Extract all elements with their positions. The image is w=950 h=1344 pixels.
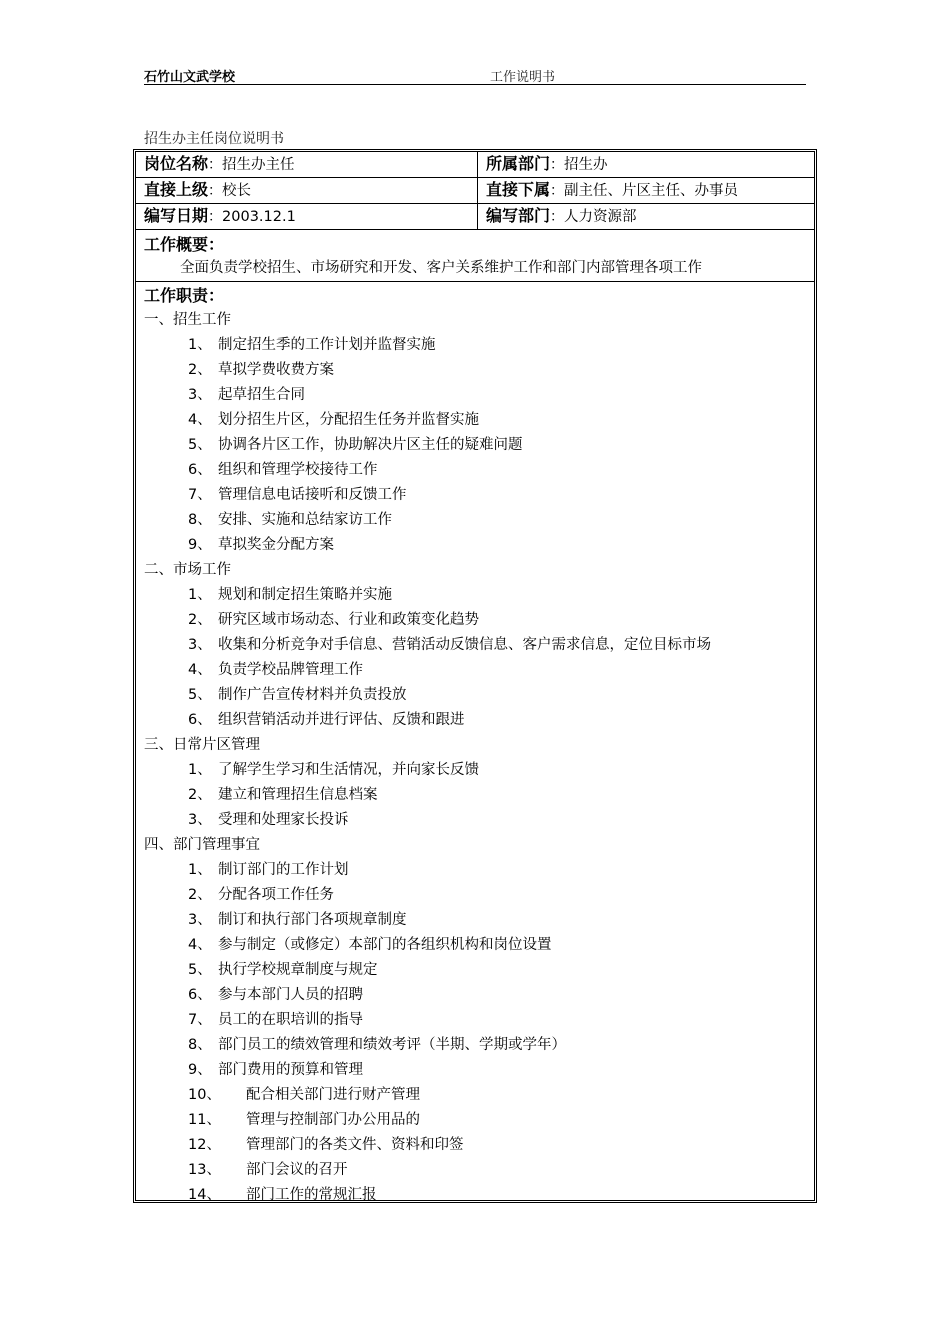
- item-number: 13、: [188, 1160, 221, 1180]
- item-text: 制定招生季的工作计划并监督实施: [218, 335, 436, 355]
- position-label: 岗位名称: [144, 154, 208, 173]
- subordinates-value: 副主任、片区主任、办事员: [564, 183, 738, 199]
- item-text: 草拟学费收费方案: [218, 360, 334, 380]
- item-number: 1、: [188, 585, 212, 605]
- item-number: 4、: [188, 935, 212, 955]
- colon: ：: [550, 157, 564, 173]
- date-label: 编写日期: [144, 206, 208, 225]
- item-text: 起草招生合同: [218, 385, 305, 405]
- item-number: 14、: [188, 1185, 221, 1205]
- item-number: 2、: [188, 610, 212, 630]
- item-number: 6、: [188, 710, 212, 730]
- job-description-table: 岗位名称：招生办主任 所属部门：招生办 直接上级：校长 直接下属：副主任、片区主…: [133, 149, 817, 1203]
- item-number: 3、: [188, 910, 212, 930]
- item-number: 1、: [188, 860, 212, 880]
- duty-section-title: 四、部门管理事宜: [144, 835, 260, 855]
- item-number: 9、: [188, 1060, 212, 1080]
- info-row-1: 岗位名称：招生办主任 所属部门：招生办: [136, 152, 814, 178]
- item-number: 3、: [188, 635, 212, 655]
- item-text: 管理部门的各类文件、资料和印签: [246, 1135, 464, 1155]
- colon: ：: [208, 209, 222, 225]
- colon: ：: [550, 209, 564, 225]
- item-number: 8、: [188, 1035, 212, 1055]
- item-text: 员工的在职培训的指导: [218, 1010, 363, 1030]
- item-text: 分配各项工作任务: [218, 885, 334, 905]
- item-number: 6、: [188, 985, 212, 1005]
- item-text: 草拟奖金分配方案: [218, 535, 334, 555]
- info-row-2: 直接上级：校长 直接下属：副主任、片区主任、办事员: [136, 178, 814, 204]
- item-text: 制订和执行部门各项规章制度: [218, 910, 407, 930]
- item-text: 管理与控制部门办公用品的: [246, 1110, 420, 1130]
- item-number: 3、: [188, 385, 212, 405]
- school-name: 石竹山文武学校: [144, 66, 235, 85]
- item-text: 参与本部门人员的招聘: [218, 985, 363, 1005]
- position-cell: 岗位名称：招生办主任: [136, 152, 478, 177]
- item-text: 管理信息电话接听和反馈工作: [218, 485, 407, 505]
- item-number: 5、: [188, 685, 212, 705]
- item-number: 4、: [188, 660, 212, 680]
- item-text: 配合相关部门进行财产管理: [246, 1085, 420, 1105]
- duties-label: 工作职责：: [144, 286, 224, 306]
- duties-section: 工作职责： 一、招生工作 1、制定招生季的工作计划并监督实施 2、草拟学费收费方…: [136, 282, 814, 1200]
- item-text: 受理和处理家长投诉: [218, 810, 349, 830]
- author-dept-value: 人力资源部: [564, 209, 637, 225]
- item-number: 6、: [188, 460, 212, 480]
- date-value: 2003.12.1: [222, 209, 296, 225]
- author-dept-cell: 编写部门：人力资源部: [478, 204, 814, 229]
- item-number: 12、: [188, 1135, 221, 1155]
- date-cell: 编写日期：2003.12.1: [136, 204, 478, 229]
- dept-cell: 所属部门：招生办: [478, 152, 814, 177]
- item-text: 制作广告宣传材料并负责投放: [218, 685, 407, 705]
- item-number: 2、: [188, 885, 212, 905]
- item-number: 4、: [188, 410, 212, 430]
- item-number: 3、: [188, 810, 212, 830]
- item-text: 收集和分析竞争对手信息、营销活动反馈信息、客户需求信息，定位目标市场: [218, 635, 711, 655]
- item-text: 执行学校规章制度与规定: [218, 960, 378, 980]
- duty-section-title: 二、市场工作: [144, 560, 231, 580]
- item-text: 部门会议的召开: [246, 1160, 348, 1180]
- item-number: 2、: [188, 785, 212, 805]
- item-text: 组织营销活动并进行评估、反馈和跟进: [218, 710, 465, 730]
- subordinates-label: 直接下属: [486, 180, 550, 199]
- colon: ：: [208, 157, 222, 173]
- item-number: 2、: [188, 360, 212, 380]
- item-text: 制订部门的工作计划: [218, 860, 349, 880]
- item-text: 参与制定（或修定）本部门的各组织机构和岗位设置: [218, 935, 552, 955]
- dept-label: 所属部门: [486, 154, 550, 173]
- item-text: 研究区域市场动态、行业和政策变化趋势: [218, 610, 479, 630]
- dept-value: 招生办: [564, 157, 608, 173]
- item-number: 1、: [188, 335, 212, 355]
- item-number: 9、: [188, 535, 212, 555]
- item-number: 7、: [188, 485, 212, 505]
- item-number: 10、: [188, 1085, 221, 1105]
- superior-cell: 直接上级：校长: [136, 178, 478, 203]
- item-text: 安排、实施和总结家访工作: [218, 510, 392, 530]
- summary-text: 全面负责学校招生、市场研究和开发、客户关系维护工作和部门内部管理各项工作: [180, 258, 702, 278]
- item-number: 5、: [188, 960, 212, 980]
- colon: ：: [208, 183, 222, 199]
- item-text: 部门费用的预算和管理: [218, 1060, 363, 1080]
- item-text: 了解学生学习和生活情况，并向家长反馈: [218, 760, 479, 780]
- duty-section-title: 三、日常片区管理: [144, 735, 260, 755]
- item-number: 7、: [188, 1010, 212, 1030]
- item-text: 负责学校品牌管理工作: [218, 660, 363, 680]
- item-text: 协调各片区工作，协助解决片区主任的疑难问题: [218, 435, 523, 455]
- superior-label: 直接上级: [144, 180, 208, 199]
- author-dept-label: 编写部门: [486, 206, 550, 225]
- doc-type: 工作说明书: [490, 66, 555, 85]
- item-text: 部门工作的常规汇报: [246, 1185, 377, 1205]
- item-number: 8、: [188, 510, 212, 530]
- item-text: 组织和管理学校接待工作: [218, 460, 378, 480]
- page-header: 石竹山文武学校 工作说明书: [144, 64, 806, 85]
- duty-section-title: 一、招生工作: [144, 310, 231, 330]
- superior-value: 校长: [222, 183, 251, 199]
- item-text: 划分招生片区，分配招生任务并监督实施: [218, 410, 479, 430]
- item-number: 1、: [188, 760, 212, 780]
- info-row-3: 编写日期：2003.12.1 编写部门：人力资源部: [136, 204, 814, 230]
- colon: ：: [550, 183, 564, 199]
- position-value: 招生办主任: [222, 157, 295, 173]
- summary-row: 工作概要： 全面负责学校招生、市场研究和开发、客户关系维护工作和部门内部管理各项…: [136, 230, 814, 282]
- item-number: 11、: [188, 1110, 221, 1130]
- item-number: 5、: [188, 435, 212, 455]
- summary-label: 工作概要：: [144, 235, 224, 255]
- item-text: 建立和管理招生信息档案: [218, 785, 378, 805]
- document-title: 招生办主任岗位说明书: [144, 128, 284, 148]
- item-text: 规划和制定招生策略并实施: [218, 585, 392, 605]
- item-text: 部门员工的绩效管理和绩效考评（半期、学期或学年）: [218, 1035, 566, 1055]
- subordinates-cell: 直接下属：副主任、片区主任、办事员: [478, 178, 814, 203]
